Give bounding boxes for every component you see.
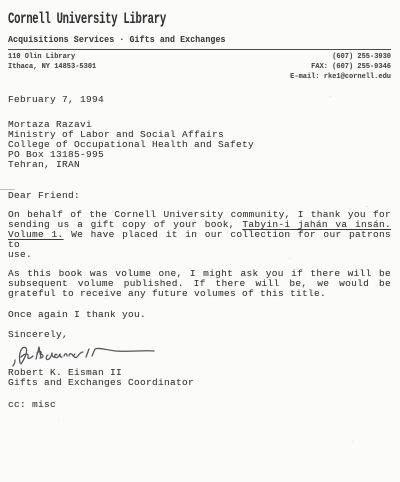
scanned-letter-page: Cornell University Library Acquisitions …: [0, 0, 400, 482]
paragraph-line: grateful to receive any future volumes o…: [8, 289, 391, 299]
letterhead-fax: FAX: (607) 255-9346: [290, 62, 391, 72]
paragraph-line: use.: [8, 250, 391, 260]
letterhead-address-line2: Ithaca, NY 14853-5301: [8, 62, 96, 72]
letterhead-phones: (607) 255-3930 FAX: (607) 255-9346 E-mai…: [290, 52, 391, 82]
handwritten-signature: [10, 342, 391, 369]
signature-block: Robert K. Eisman II Gifts and Exchanges …: [8, 368, 391, 388]
cc-line: cc: misc: [8, 400, 391, 410]
sender-title: Gifts and Exchanges Coordinator: [8, 378, 391, 388]
letterhead-contact: 110 Olin Library Ithaca, NY 14853-5301 (…: [8, 52, 391, 82]
valediction: Sincerely,: [8, 330, 391, 340]
signature-scribble: [10, 342, 160, 369]
letterhead-rule: Acquisitions Services · Gifts and Exchan…: [8, 29, 391, 50]
letterhead-phone: (607) 255-3930: [290, 52, 391, 62]
recipient-city: Tehran, IRAN: [8, 160, 391, 170]
letterhead-address: 110 Olin Library Ithaca, NY 14853-5301: [8, 52, 96, 82]
letterhead: Cornell University Library Acquisitions …: [8, 9, 391, 82]
scan-artifact-dash: [0, 189, 15, 190]
paragraph-1: On behalf of the Cornell University comm…: [8, 210, 391, 260]
letterhead-address-line1: 110 Olin Library: [8, 52, 96, 62]
letterhead-email: E-mail: rke1@cornell.edu: [290, 72, 391, 82]
letterhead-title: Cornell University Library: [8, 9, 166, 29]
salutation: Dear Friend:: [8, 191, 391, 201]
paragraph-2: As this book was volume one, I might ask…: [8, 269, 391, 299]
letter-date: February 7, 1994: [8, 95, 391, 105]
scan-speckles: [0, 0, 1, 1]
paragraph-text: We have placed it in our collection for …: [8, 229, 391, 250]
closing-thanks: Once again I thank you.: [8, 310, 391, 320]
letter-body: February 7, 1994 Mortaza Razavi Ministry…: [8, 95, 391, 410]
recipient-address-block: Mortaza Razavi Ministry of Labor and Soc…: [8, 120, 391, 170]
paragraph-line: Volume 1. We have placed it in our colle…: [8, 230, 391, 250]
letterhead-department: Acquisitions Services · Gifts and Exchan…: [8, 35, 226, 45]
